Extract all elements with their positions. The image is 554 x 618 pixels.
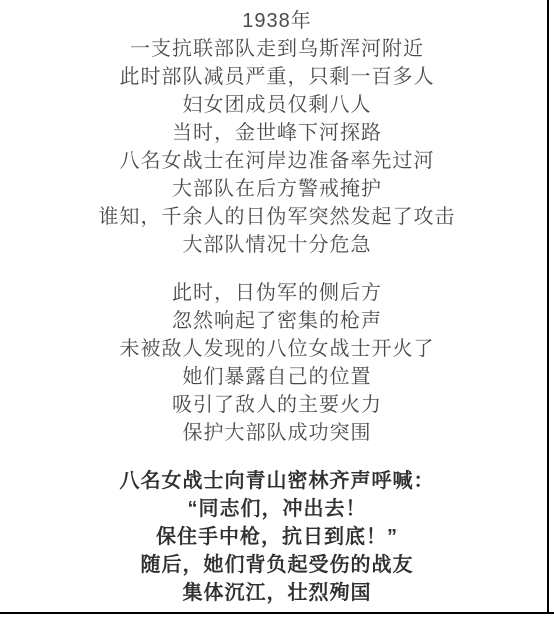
poem-line: 八名女战士在河岸边准备率先过河 (0, 147, 554, 175)
stanza-opening: 1938年 一支抗联部队走到乌斯浑河附近 此时部队减员严重，只剩一百多人 妇女团… (0, 7, 554, 259)
stanza-middle: 此时，日伪军的侧后方 忽然响起了密集的枪声 未被敌人发现的八位女战士开火了 她们… (0, 279, 554, 447)
poem-line: 谁知，千余人的日伪军突然发起了攻击 (0, 203, 554, 231)
poem-line: 保护大部队成功突围 (0, 419, 554, 447)
poem-line: 大部队在后方警戒掩护 (0, 175, 554, 203)
story-page: 1938年 一支抗联部队走到乌斯浑河附近 此时部队减员严重，只剩一百多人 妇女团… (0, 0, 554, 618)
poem-line: “同志们，冲出去！ (0, 495, 554, 523)
poem-line: 八名女战士向青山密林齐声呼喊： (0, 467, 554, 495)
story-text: 1938年 一支抗联部队走到乌斯浑河附近 此时部队减员严重，只剩一百多人 妇女团… (0, 0, 554, 607)
poem-line: 此时，日伪军的侧后方 (0, 279, 554, 307)
poem-line: 忽然响起了密集的枪声 (0, 307, 554, 335)
poem-line: 妇女团成员仅剩八人 (0, 91, 554, 119)
poem-line: 未被敌人发现的八位女战士开火了 (0, 335, 554, 363)
poem-line: 集体沉江，壮烈殉国 (0, 579, 554, 607)
right-border-line (547, 0, 549, 613)
stanza-finale-bold: 八名女战士向青山密林齐声呼喊： “同志们，冲出去！ 保住手中枪，抗日到底！” 随… (0, 467, 554, 607)
bottom-border-line (0, 612, 554, 614)
poem-line: 1938年 (0, 7, 554, 35)
poem-line: 大部队情况十分危急 (0, 231, 554, 259)
poem-line: 一支抗联部队走到乌斯浑河附近 (0, 35, 554, 63)
poem-line: 保住手中枪，抗日到底！” (0, 523, 554, 551)
poem-line: 此时部队减员严重，只剩一百多人 (0, 63, 554, 91)
poem-line: 随后，她们背负起受伤的战友 (0, 551, 554, 579)
poem-line: 她们暴露自己的位置 (0, 363, 554, 391)
poem-line: 当时，金世峰下河探路 (0, 119, 554, 147)
poem-line: 吸引了敌人的主要火力 (0, 391, 554, 419)
